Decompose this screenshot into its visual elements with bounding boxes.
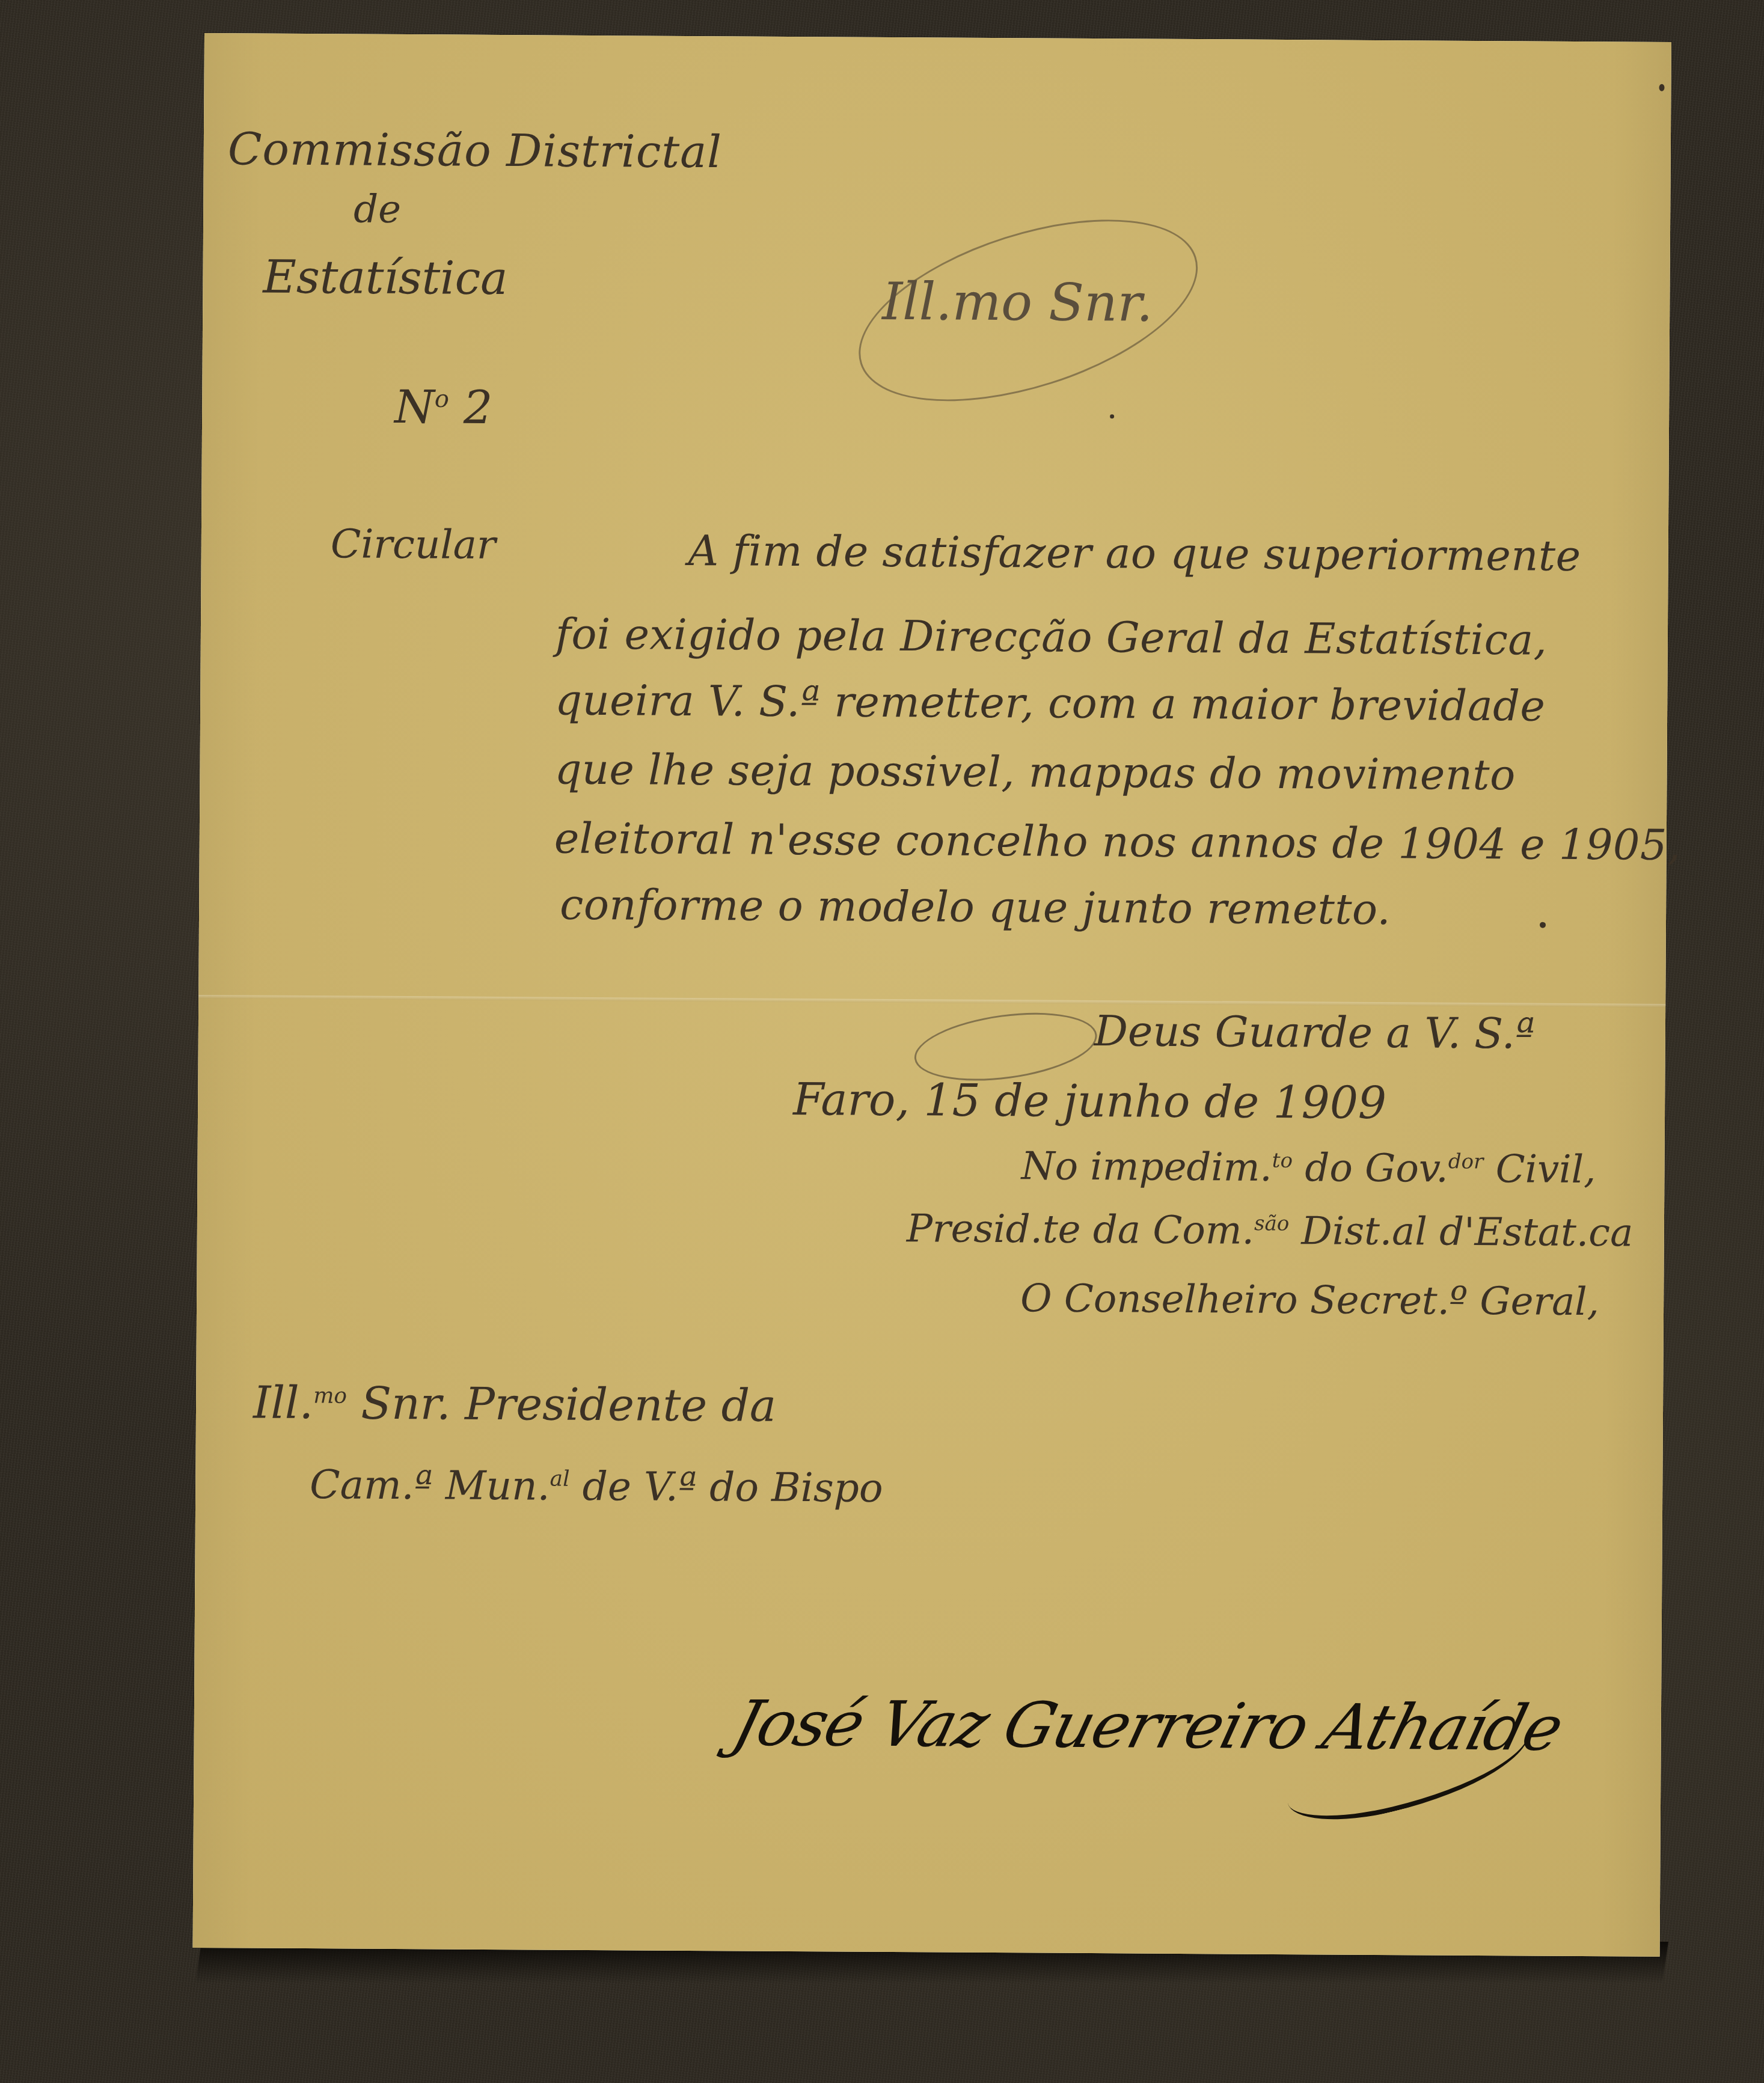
- place-date: Faro, 15 de junho de 1909: [793, 1074, 1386, 1129]
- role-sup: to: [1272, 1149, 1293, 1173]
- number-value: 2: [464, 381, 493, 434]
- role-text: Dist.al d'Estat.ca: [1289, 1209, 1634, 1255]
- number-sup: o: [435, 385, 449, 413]
- role-line-2: Presid.te da Com.são Dist.al d'Estat.ca: [907, 1207, 1634, 1255]
- paper-fold-line: [198, 995, 1665, 1008]
- number-prefix: N: [394, 380, 435, 433]
- body-line: eleitoral n'esse concelho nos annos de 1…: [554, 814, 1681, 870]
- role-text: Presid.te da Com.: [907, 1207, 1255, 1253]
- role-text: Civil,: [1483, 1147, 1596, 1192]
- role-text: No impedim.: [1021, 1144, 1272, 1190]
- ink-dot-mark: [1659, 84, 1664, 91]
- role-sup: são: [1254, 1211, 1289, 1235]
- circular-label: Circular: [331, 521, 496, 568]
- body-line: que lhe seja possivel, mappas do movimen…: [554, 745, 1516, 800]
- addressee-sup: al: [550, 1467, 570, 1491]
- addressee-text: Ill.: [253, 1377, 314, 1430]
- role-line-1: No impedim.to do Gov.dor Civil,: [1021, 1144, 1596, 1192]
- heading-de: de: [354, 188, 401, 232]
- body-line: queira V. S.ª remetter, com a maior brev…: [555, 676, 1546, 731]
- addressee-text: Snr. Presidente da: [347, 1377, 777, 1431]
- letter-sheet: Commissão Districtal de Estatística No 2…: [193, 33, 1671, 1957]
- addressee-line-2: Cam.ª Mun.al de V.ª do Bispo: [310, 1461, 883, 1511]
- addressee-text: Cam.ª Mun.: [310, 1461, 550, 1509]
- ink-dot-mark: [1540, 922, 1546, 928]
- addressee-text: de V.ª do Bispo: [569, 1463, 883, 1511]
- ink-dot-mark: [1110, 414, 1114, 418]
- role-text: do Gov.: [1293, 1146, 1448, 1191]
- salutation: Ill.mo Snr.: [882, 272, 1153, 334]
- body-line: A fim de satisfazer ao que superiormente: [688, 526, 1581, 581]
- heading-commission: Commissão Districtal: [228, 123, 723, 178]
- role-line-3: O Conselheiro Secret.º Geral,: [1020, 1276, 1599, 1324]
- closing-blessing: Deus Guarde a V. S.ª: [1094, 1006, 1536, 1058]
- heading-statistics: Estatística: [263, 250, 507, 305]
- addressee-line-1: Ill.mo Snr. Presidente da: [253, 1377, 777, 1432]
- role-sup: dor: [1448, 1149, 1484, 1173]
- addressee-sup: mo: [313, 1383, 347, 1408]
- circular-number: No 2: [394, 380, 493, 434]
- body-line: conforme o modelo que junto remetto.: [560, 880, 1391, 934]
- body-line: foi exigido pela Direcção Geral da Estat…: [556, 610, 1548, 665]
